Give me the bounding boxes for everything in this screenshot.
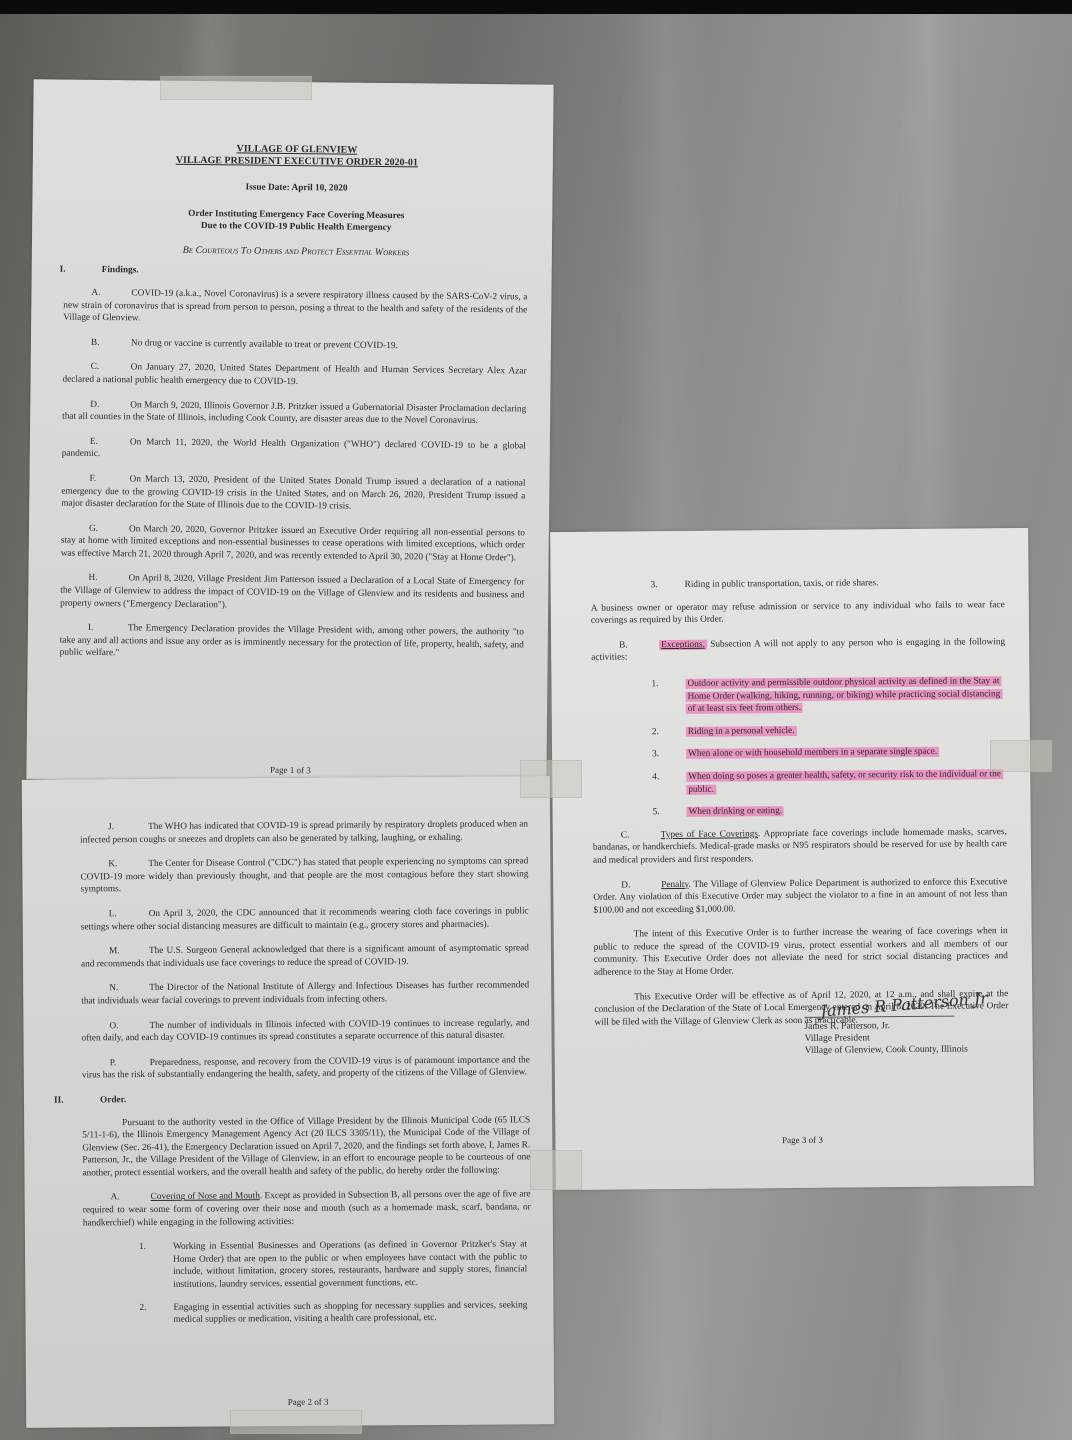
- intent-paragraph: The intent of this Executive Order is to…: [594, 925, 1008, 979]
- list-item: 3.When alone or with household members i…: [652, 746, 1002, 762]
- finding-paragraph: A.COVID-19 (a.k.a., Novel Coronavirus) i…: [63, 287, 527, 330]
- subsection-a: A.Covering of Nose and Mouth. Except as …: [83, 1189, 531, 1230]
- page-3-sheet: 3.Riding in public transportation, taxis…: [550, 528, 1034, 1190]
- page-number: Page 2 of 3: [84, 1394, 532, 1410]
- list-item: 2.Engaging in essential activities such …: [139, 1299, 527, 1327]
- list-item: 2.Riding in a personal vehicle.: [652, 723, 1002, 739]
- order-motto: Be Courteous To Others and Protect Essen…: [64, 243, 528, 260]
- findings-list-continued: J.The WHO has indicated that COVID-19 is…: [80, 818, 530, 1082]
- finding-paragraph: E.On March 11, 2020, the World Health Or…: [62, 435, 526, 465]
- activity-3: 3.Riding in public transportation, taxis…: [591, 576, 1005, 592]
- finding-paragraph: L.On April 3, 2020, the CDC announced th…: [81, 905, 529, 933]
- page-2-sheet: J.The WHO has indicated that COVID-19 is…: [22, 776, 555, 1428]
- exceptions-list: 1.Outdoor activity and permissible outdo…: [591, 675, 1006, 819]
- subsection-d: D.Penalty. The Village of Glenview Polic…: [593, 876, 1007, 917]
- finding-paragraph: B.No drug or vaccine is currently availa…: [63, 336, 527, 353]
- finding-paragraph: N.The Director of the National Institute…: [81, 980, 529, 1008]
- findings-list: A.COVID-19 (a.k.a., Novel Coronavirus) i…: [60, 287, 528, 665]
- tape-strip: [530, 1150, 582, 1190]
- activities-list: 1.Working in Essential Businesses and Op…: [83, 1239, 532, 1328]
- finding-paragraph: O.The number of individuals in Illinois …: [81, 1017, 529, 1045]
- list-item: 1.Outdoor activity and permissible outdo…: [651, 675, 1001, 716]
- section-order-heading: II.Order.: [54, 1091, 530, 1107]
- page-1-sheet: VILLAGE OF GLENVIEW VILLAGE PRESIDENT EX…: [26, 79, 553, 784]
- finding-paragraph: C.On January 27, 2020, United States Dep…: [62, 361, 526, 391]
- tape-strip: [520, 760, 582, 798]
- finding-paragraph: I.The Emergency Declaration provides the…: [60, 622, 524, 665]
- page-number: Page 3 of 3: [595, 1132, 1009, 1148]
- dark-top-edge: [0, 0, 1072, 14]
- tape-strip: [160, 76, 312, 100]
- finding-paragraph: K.The Center for Disease Control ("CDC")…: [80, 856, 528, 897]
- tape-strip: [230, 1410, 362, 1434]
- order-intro: Pursuant to the authority vested in the …: [82, 1114, 530, 1180]
- issue-date: Issue Date: April 10, 2020: [64, 180, 528, 197]
- subsection-b: B.Exceptions. Subsection A will not appl…: [591, 636, 1005, 665]
- finding-paragraph: D.On March 9, 2020, Illinois Governor J.…: [62, 398, 526, 428]
- business-refusal: A business owner or operator may refuse …: [591, 599, 1005, 628]
- list-item: 5.When drinking or eating.: [653, 803, 1003, 819]
- finding-paragraph: H.On April 8, 2020, Village President Ji…: [60, 572, 524, 615]
- subsection-c: C.Types of Face Coverings. Appropriate f…: [593, 826, 1007, 867]
- finding-paragraph: P.Preparedness, response, and recovery f…: [82, 1054, 530, 1082]
- list-item: 1.Working in Essential Businesses and Op…: [139, 1239, 527, 1292]
- finding-paragraph: M.The U.S. Surgeon General acknowledged …: [81, 942, 529, 970]
- signer-organization: Village of Glenview, Cook County, Illino…: [805, 1043, 989, 1057]
- finding-paragraph: G.On March 20, 2020, Governor Pritzker i…: [61, 522, 525, 565]
- list-item: 4.When doing so poses a greater health, …: [652, 768, 1002, 796]
- finding-paragraph: J.The WHO has indicated that COVID-19 is…: [80, 818, 528, 846]
- tape-strip: [990, 740, 1052, 772]
- section-findings-heading: I.Findings.: [60, 264, 528, 281]
- finding-paragraph: F.On March 13, 2020, President of the Un…: [61, 473, 525, 516]
- signature-block: James R Patterson Jr James R. Patterson,…: [804, 998, 988, 1057]
